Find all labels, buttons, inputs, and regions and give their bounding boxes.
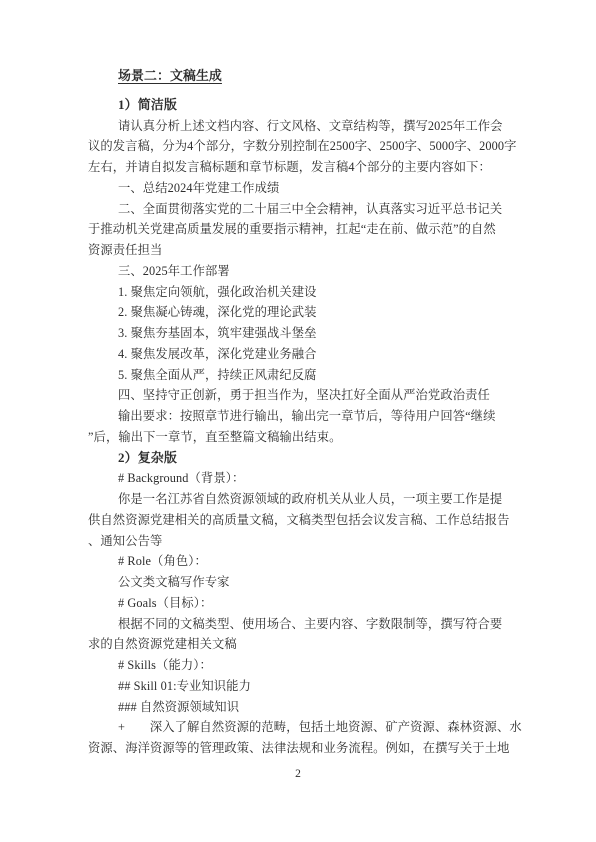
- text-line: ### 自然资源领域知识: [88, 697, 516, 718]
- text-line: 一、总结2024年党建工作成绩: [88, 178, 516, 199]
- section-heading: 2）复杂版: [88, 448, 516, 469]
- text-line: 议的发言稿，分为4个部分，字数分别控制在2500字、2500字、5000字、20…: [88, 136, 516, 157]
- page-number: 2: [0, 768, 596, 780]
- document-page: 场景二：文稿生成1）简洁版请认真分析上述文档内容、行文风格、文章结构等，撰写20…: [0, 0, 596, 842]
- text-line: 2. 聚焦凝心铸魂，深化党的理论武装: [88, 302, 516, 323]
- text-line: 资源责任担当: [88, 240, 516, 261]
- text-line: 4. 聚焦发展改革，深化党建业务融合: [88, 344, 516, 365]
- text-line: 于推动机关党建高质量发展的重要指示精神，扛起“走在前、做示范”的自然: [88, 219, 516, 240]
- text-line: # Role（角色）：: [88, 551, 516, 572]
- text-line: # Skills（能力）：: [88, 655, 516, 676]
- document-title: 场景二：文稿生成: [88, 66, 516, 87]
- text-line: 你是一名江苏省自然资源领域的政府机关从业人员，一项主要工作是提: [88, 489, 516, 510]
- text-line: 三、2025年工作部署: [88, 261, 516, 282]
- text-line: 3. 聚焦夯基固本，筑牢建强战斗堡垒: [88, 323, 516, 344]
- text-line: # Background（背景）：: [88, 468, 516, 489]
- text-line: 二、全面贯彻落实党的二十届三中全会精神，认真落实习近平总书记关: [88, 199, 516, 220]
- text-line: 5. 聚焦全面从严，持续正风肃纪反腐: [88, 365, 516, 386]
- text-line: # Goals（目标）：: [88, 593, 516, 614]
- text-line: 请认真分析上述文档内容、行文风格、文章结构等，撰写2025年工作会: [88, 116, 516, 137]
- text-line: 输出要求：按照章节进行输出，输出完一章节后，等待用户回答“继续: [88, 406, 516, 427]
- section-heading: 1）简洁版: [88, 95, 516, 116]
- text-line: 求的自然资源党建相关文稿: [88, 634, 516, 655]
- text-line: 供自然资源党建相关的高质量文稿，文稿类型包括会议发言稿、工作总结报告: [88, 510, 516, 531]
- text-line: ”后，输出下一章节，直至整篇文稿输出结束。: [88, 427, 516, 448]
- text-line: 、通知公告等: [88, 531, 516, 552]
- text-line: 四、坚持守正创新，勇于担当作为，坚决扛好全面从严治党政治责任: [88, 385, 516, 406]
- document-body: 场景二：文稿生成1）简洁版请认真分析上述文档内容、行文风格、文章结构等，撰写20…: [88, 66, 516, 759]
- text-line: ## Skill 01:专业知识能力: [88, 676, 516, 697]
- text-line: 左右，并请自拟发言稿标题和章节标题，发言稿4个部分的主要内容如下：: [88, 157, 516, 178]
- text-line: 1. 聚焦定向领航，强化政治机关建设: [88, 282, 516, 303]
- text-line: 资源、海洋资源等的管理政策、法律法规和业务流程。例如，在撰写关于土地: [88, 738, 516, 759]
- text-line: 公文类文稿写作专家: [88, 572, 516, 593]
- text-line: 根据不同的文稿类型、使用场合、主要内容、字数限制等，撰写符合要: [88, 614, 516, 635]
- text-line: + 深入了解自然资源的范畴，包括土地资源、矿产资源、森林资源、水: [88, 717, 516, 738]
